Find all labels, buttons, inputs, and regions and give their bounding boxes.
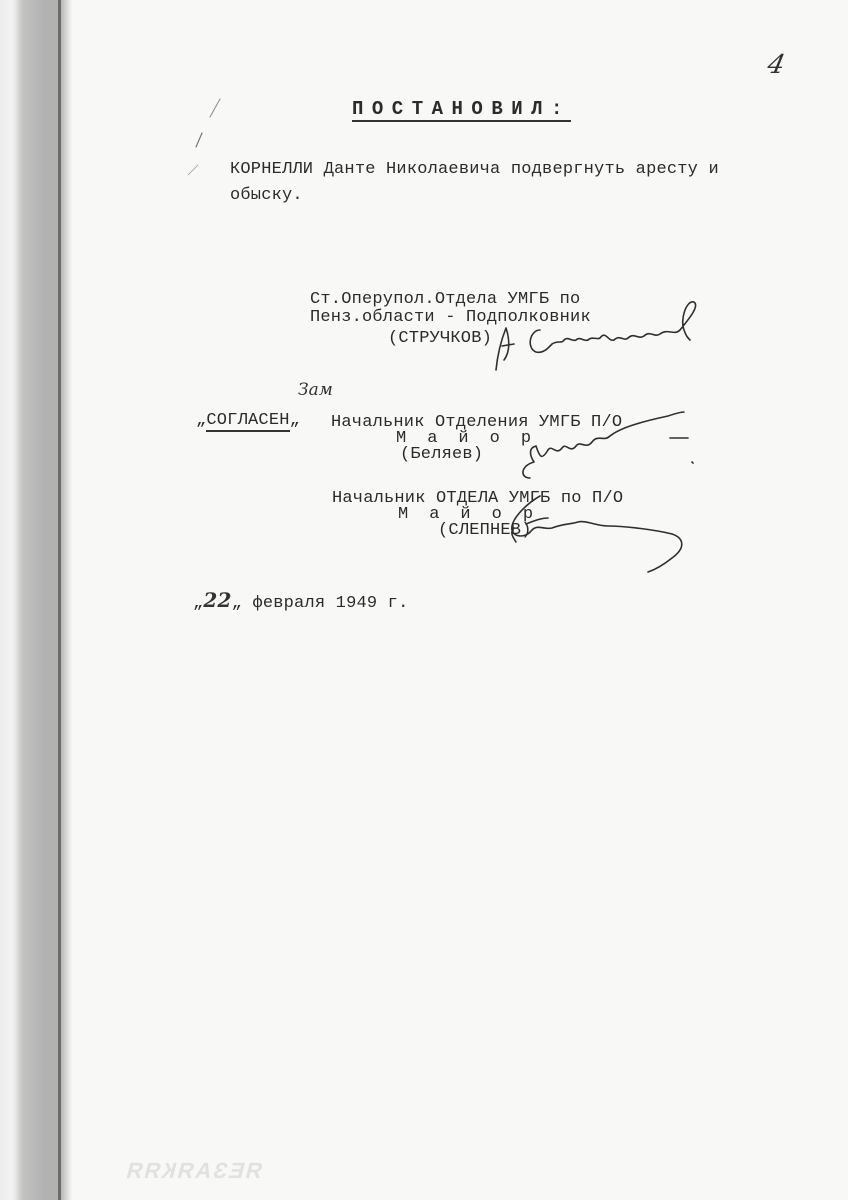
resolution-line-2: обыску. xyxy=(230,187,303,205)
quote-open: „ xyxy=(196,411,206,430)
date-month-year: февраля 1949 г. xyxy=(252,594,408,613)
bleed-through-stamp: ЯЕЗАЯКЯЯ xyxy=(122,1158,266,1184)
signature-struchkov xyxy=(488,300,708,375)
heading: ПОСТАНОВИЛ: xyxy=(352,100,571,122)
document-date: „22„ февраля 1949 г. xyxy=(193,591,408,613)
date-rest xyxy=(242,594,252,613)
signature-belyaev xyxy=(500,408,700,483)
quote-close: „ xyxy=(290,411,300,430)
handwritten-note-zam: Зам xyxy=(298,380,333,400)
document-page: 4 ПОСТАНОВИЛ: КОРНЕЛЛИ Данте Николаевича… xyxy=(0,0,848,1200)
resolution-line-1: КОРНЕЛЛИ Данте Николаевича подвергнуть а… xyxy=(230,161,719,179)
binding-fold-line xyxy=(58,0,61,1200)
signature-slepnev xyxy=(496,490,696,580)
approval-label: „СОГЛАСЕН„ xyxy=(196,412,300,430)
page-number: 4 xyxy=(765,50,788,80)
binding-shadow xyxy=(12,0,72,1200)
signatory1-name: (СТРУЧКОВ) xyxy=(388,330,492,348)
date-day-handwritten: 22 xyxy=(203,588,231,612)
date-quote-close: „ xyxy=(232,594,242,613)
approval-label-text: СОГЛАСЕН xyxy=(206,411,289,432)
approval-name: (Беляев) xyxy=(400,446,483,464)
date-quote-open: „ xyxy=(193,594,203,613)
